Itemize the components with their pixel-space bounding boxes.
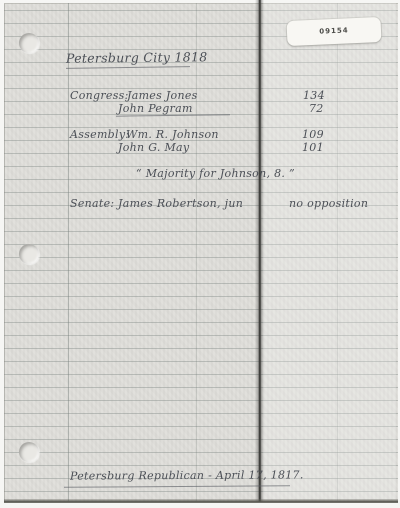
vote-count: 109 xyxy=(302,128,324,141)
office-label-congress: Congress: xyxy=(70,89,129,102)
office-label-senate: Senate: xyxy=(70,197,114,210)
page-title: Petersburg City 1818 xyxy=(66,49,208,65)
page-right-shading xyxy=(263,3,396,501)
vote-count: 134 xyxy=(303,89,325,102)
vote-count: 101 xyxy=(302,141,324,154)
candidate-name: James Jones xyxy=(127,89,198,102)
candidate-name: James Robertson, jun xyxy=(118,197,243,210)
senate-result: no opposition xyxy=(289,197,368,210)
paper-crease xyxy=(196,3,197,501)
majority-note: “ Majority for Johnson, 8. ” xyxy=(136,167,295,180)
source-citation: Petersburg Republican - April 17, 1817. xyxy=(70,468,304,482)
vote-count: 72 xyxy=(309,102,324,115)
page-bottom-edge xyxy=(4,499,398,503)
candidate-name: John G. May xyxy=(118,141,189,154)
margin-rule-line xyxy=(68,3,69,501)
punch-hole-bottom xyxy=(19,442,39,462)
candidate-name: John Pegram xyxy=(118,102,193,115)
candidate-name: Wm. R. Johnson xyxy=(126,128,219,141)
page-fold-shadow xyxy=(255,0,264,503)
punch-hole-top xyxy=(19,33,39,53)
catalog-label: 09154 xyxy=(286,17,381,46)
punch-hole-middle xyxy=(19,244,39,264)
scanned-notebook-page: 09154 Petersburg City 1818 Congress: Jam… xyxy=(0,0,400,508)
office-label-assembly: Assembly: xyxy=(70,128,129,141)
